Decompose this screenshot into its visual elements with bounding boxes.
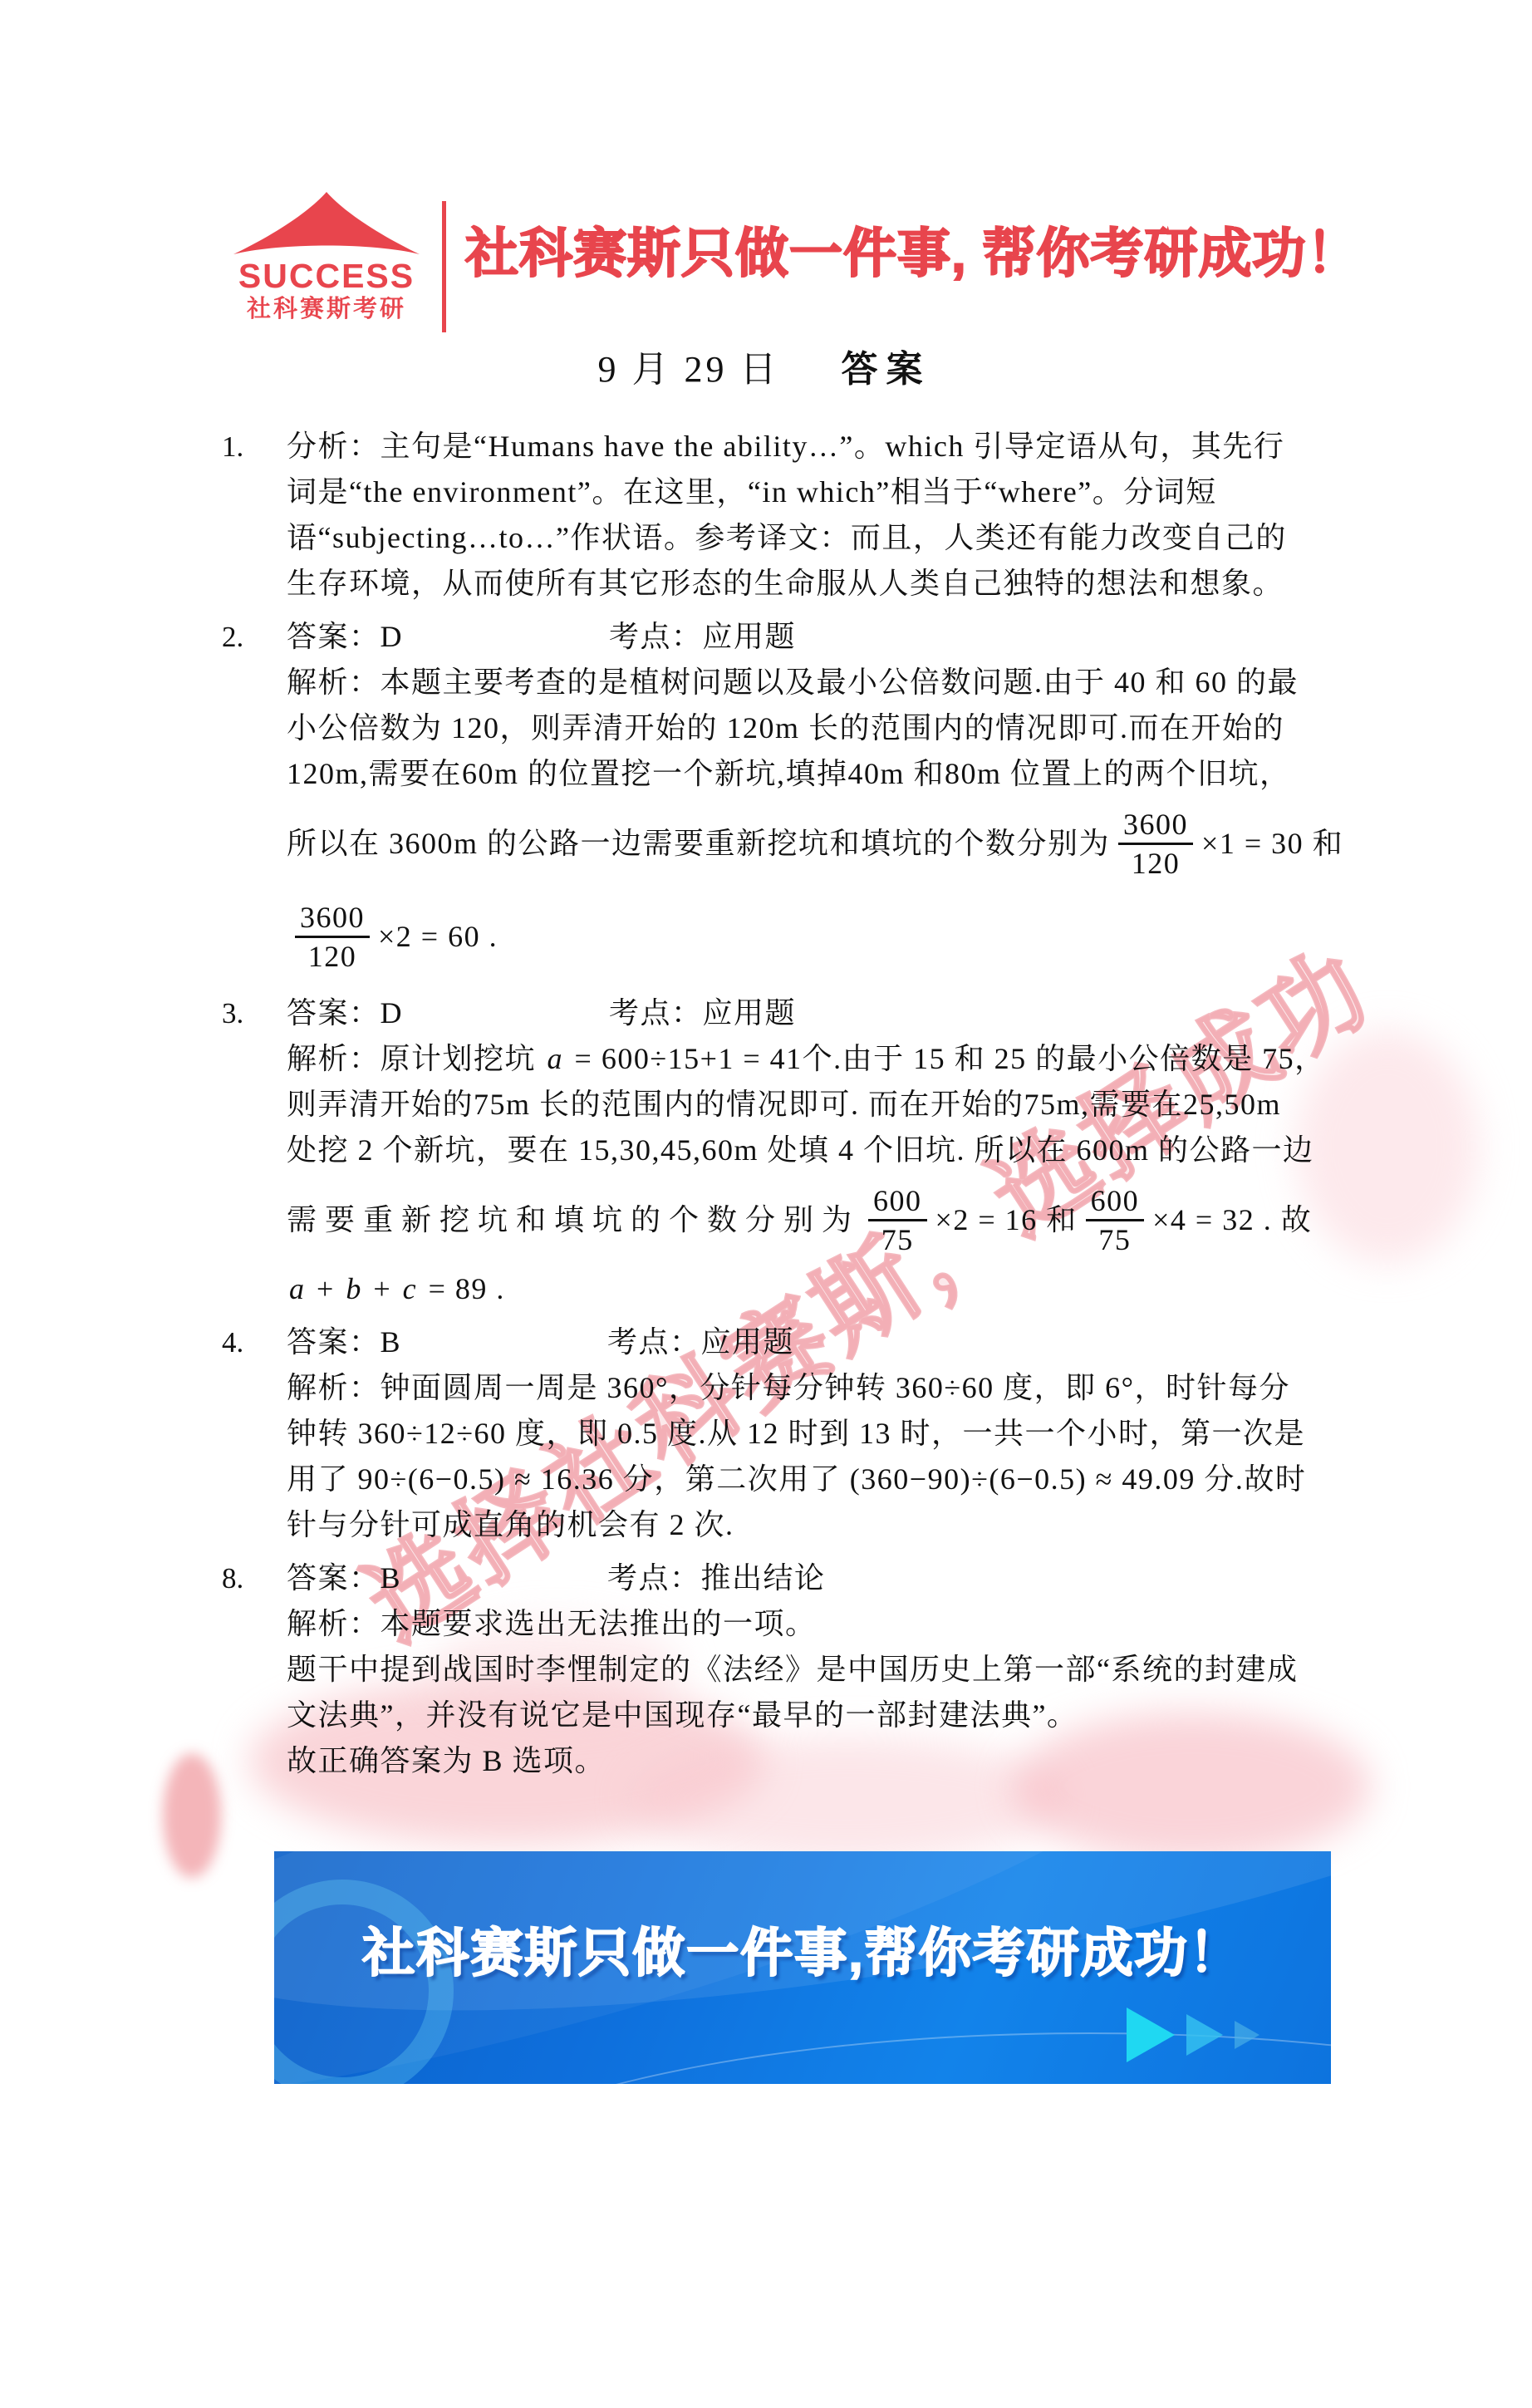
promo-banner: 社科赛斯只做一件事,帮你考研成功！ — [274, 1851, 1331, 2084]
item-number: 2. — [222, 614, 243, 660]
play-arrows-icon — [1127, 2007, 1259, 2062]
page-title: 9 月 29 日答案 — [191, 339, 1338, 392]
text-line: 3600120×2 = 60 . — [287, 890, 1325, 983]
item-number: 1. — [222, 424, 243, 469]
text-line: 文法典”，并没有说它是中国现存“最早的一部封建法典”。 — [287, 1693, 1325, 1738]
play-arrow-icon — [1235, 2021, 1259, 2049]
text-line: 120m,需要在60m 的位置挖一个新坑,填掉40m 和80m 位置上的两个旧坑… — [287, 751, 1325, 797]
text-line: 生存环境，从而使所有其它形态的生命服从人类自己独特的想法和想象。 — [287, 561, 1325, 607]
header-slogan: 社科赛斯只做一件事, 帮你考研成功！ — [465, 208, 1319, 299]
answer-item: 3.答案：D考点：应用题解析：原计划挖坑 a = 600÷15+1 = 41个.… — [287, 990, 1325, 1312]
answer-item: 4.答案：B考点：应用题解析：钟面圆周一周是 360°，分针每分钟转 360÷6… — [287, 1319, 1325, 1548]
play-arrow-icon — [1186, 2014, 1223, 2056]
roof-icon — [228, 189, 425, 258]
answers-list: 1.分析：主句是“Humans have the ability…”。which… — [287, 424, 1325, 1791]
text-line: 词是“the environment”。在这里，“in which”相当于“wh… — [287, 469, 1325, 515]
logo-brand-text: SUCCESS — [223, 258, 430, 294]
item-number: 8. — [222, 1555, 243, 1601]
text-line: 钟转 360÷12÷60 度，即 0.5 度.从 12 时到 13 时，一共一个… — [287, 1411, 1325, 1457]
fraction: 60075 — [868, 1182, 927, 1258]
text-line: 解析：原计划挖坑 a = 600÷15+1 = 41个.由于 15 和 25 的… — [287, 1036, 1325, 1082]
text-line: 答案：D考点：应用题 — [287, 990, 1325, 1036]
success-logo: SUCCESS 社科赛斯考研 — [223, 189, 430, 324]
text-line: 答案：B考点：应用题 — [287, 1319, 1325, 1365]
title-date: 9 月 29 日 — [598, 349, 780, 390]
text-line: 处挖 2 个新坑，要在 15,30,45,60m 处填 4 个旧坑. 所以在 6… — [287, 1128, 1325, 1173]
answer-item: 1.分析：主句是“Humans have the ability…”。which… — [287, 424, 1325, 607]
text-line: 解析：本题要求选出无法推出的一项。 — [287, 1601, 1325, 1647]
text-line: 故正确答案为 B 选项。 — [287, 1738, 1325, 1784]
text-line: 所以在 3600m 的公路一边需要重新挖坑和填坑的个数分别为3600120×1 … — [287, 797, 1325, 890]
text-line: 小公倍数为 120，则弄清开始的 120m 长的范围内的情况即可.而在开始的 — [287, 705, 1325, 751]
watercolor-blob — [163, 1753, 221, 1878]
title-label: 答案 — [842, 349, 931, 390]
answer-item: 8.答案：B考点：推出结论解析：本题要求选出无法推出的一项。题干中提到战国时李悝… — [287, 1555, 1325, 1784]
item-number: 4. — [222, 1319, 243, 1365]
text-line: 分析：主句是“Humans have the ability…”。which 引… — [287, 424, 1325, 469]
banner-slogan: 社科赛斯只做一件事,帮你考研成功！ — [274, 1911, 1331, 1987]
text-line: 答案：D考点：应用题 — [287, 614, 1325, 660]
play-arrow-icon — [1127, 2007, 1175, 2062]
text-line: 题干中提到战国时李悝制定的《法经》是中国历史上第一部“系统的封建成 — [287, 1647, 1325, 1693]
text-line: 需要重新挖坑和填坑的个数分别为60075×2 = 16 和60075×4 = 3… — [287, 1173, 1325, 1266]
answer-item: 2.答案：D考点：应用题解析：本题主要考查的是植树问题以及最小公倍数问题.由于 … — [287, 614, 1325, 983]
item-number: 3. — [222, 990, 243, 1036]
text-line: 则弄清开始的75m 长的范围内的情况即可. 而在开始的75m,需要在25,50m — [287, 1082, 1325, 1128]
header-divider — [442, 201, 446, 332]
text-line: 解析：本题主要考查的是植树问题以及最小公倍数问题.由于 40 和 60 的最 — [287, 660, 1325, 705]
text-line: a + b + c = 89 . — [287, 1266, 1325, 1312]
fraction: 3600120 — [1118, 806, 1193, 882]
page-header: SUCCESS 社科赛斯考研 社科赛斯只做一件事, 帮你考研成功！ — [223, 189, 1319, 335]
text-line: 用了 90÷(6−0.5) ≈ 16.36 分，第二次用了 (360−90)÷(… — [287, 1457, 1325, 1502]
text-line: 解析：钟面圆周一周是 360°，分针每分钟转 360÷60 度，即 6°，时针每… — [287, 1365, 1325, 1411]
answer-sheet-page: 选择社科赛斯，选择成功 SUCCESS 社科赛斯考研 社科赛斯只做一件事, 帮你… — [0, 0, 1532, 2408]
fraction: 60075 — [1086, 1182, 1145, 1258]
text-line: 语“subjecting…to…”作状语。参考译文：而且，人类还有能力改变自己的 — [287, 515, 1325, 561]
logo-sub-text: 社科赛斯考研 — [223, 294, 430, 324]
text-line: 针与分针可成直角的机会有 2 次. — [287, 1502, 1325, 1548]
fraction: 3600120 — [295, 899, 370, 975]
text-line: 答案：B考点：推出结论 — [287, 1555, 1325, 1601]
